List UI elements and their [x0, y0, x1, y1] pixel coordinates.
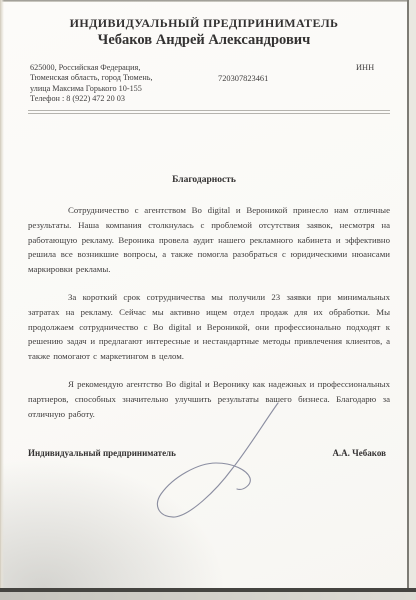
page-edge-top: [0, 0, 416, 2]
inn-label: ИНН: [356, 63, 374, 72]
page-edge-right-outer: [409, 0, 416, 588]
paragraph-2: За короткий срок сотрудничества мы получ…: [28, 290, 390, 364]
address-line-1: 625000, Российская Федерация,: [30, 63, 153, 73]
address-line-phone: Телефон : 8 (922) 472 20 03: [30, 94, 153, 104]
letterhead-divider: [28, 110, 390, 114]
address-line-2: Тюменская область, город Тюмень,: [30, 73, 153, 83]
signature-name: А.А. Чебаков: [332, 448, 386, 458]
scanned-letter-page: ИНДИВИДУАЛЬНЫЙ ПРЕДПРИНИМАТЕЛЬ Чебаков А…: [0, 0, 416, 600]
letter-title: Благодарность: [0, 175, 408, 185]
address-line-3: улица Максима Горького 10-155: [30, 84, 153, 94]
address-block: 625000, Российская Федерация, Тюменская …: [30, 63, 153, 105]
letterhead-org-type: ИНДИВИДУАЛЬНЫЙ ПРЕДПРИНИМАТЕЛЬ: [0, 16, 408, 31]
letterhead-person-name: Чебаков Андрей Александрович: [0, 32, 408, 49]
page-edge-bottom-outer: [0, 592, 416, 600]
paragraph-1: Сотрудничество с агентством Bo digital и…: [28, 203, 390, 277]
handwritten-signature: [150, 398, 285, 528]
inn-value: 720307823461: [218, 74, 268, 83]
page-edge-left: [0, 0, 4, 588]
